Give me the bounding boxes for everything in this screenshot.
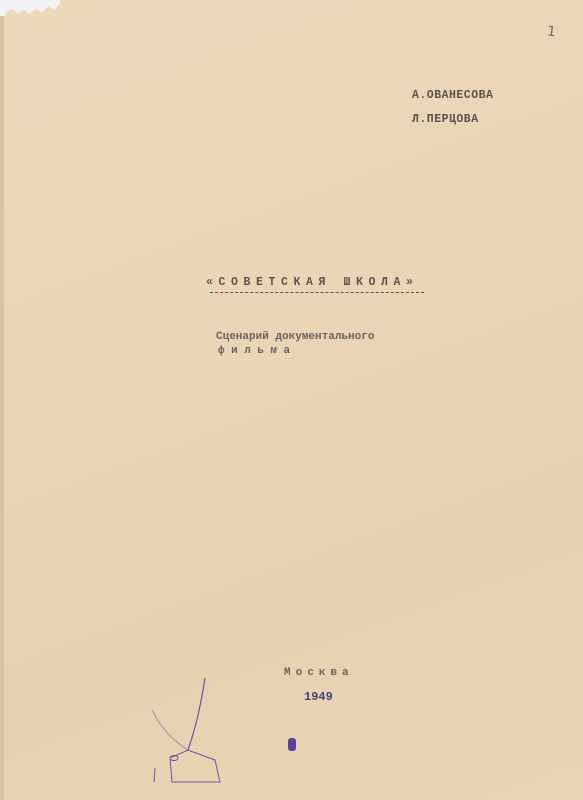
document-title: «СОВЕТСКАЯ ШКОЛА»: [206, 276, 419, 289]
page-edge: [0, 0, 4, 800]
pen-sketch-icon: [140, 670, 300, 800]
document-subtitle: Сценарий документального фильма: [216, 330, 374, 358]
year: 1949: [304, 690, 333, 704]
torn-corner: [0, 0, 60, 16]
title-underline: [210, 292, 424, 293]
subtitle-line-1: Сценарий документального: [216, 330, 374, 344]
author-1: А.ОВАНЕСОВА: [412, 84, 493, 108]
document-page: 1 А.ОВАНЕСОВА Л.ПЕРЦОВА «СОВЕТСКАЯ ШКОЛА…: [0, 0, 583, 800]
ink-blot: [288, 738, 296, 751]
author-2: Л.ПЕРЦОВА: [412, 108, 493, 132]
page-number: 1: [546, 24, 557, 41]
subtitle-line-2: фильма: [216, 344, 374, 358]
authors-block: А.ОВАНЕСОВА Л.ПЕРЦОВА: [412, 84, 493, 132]
